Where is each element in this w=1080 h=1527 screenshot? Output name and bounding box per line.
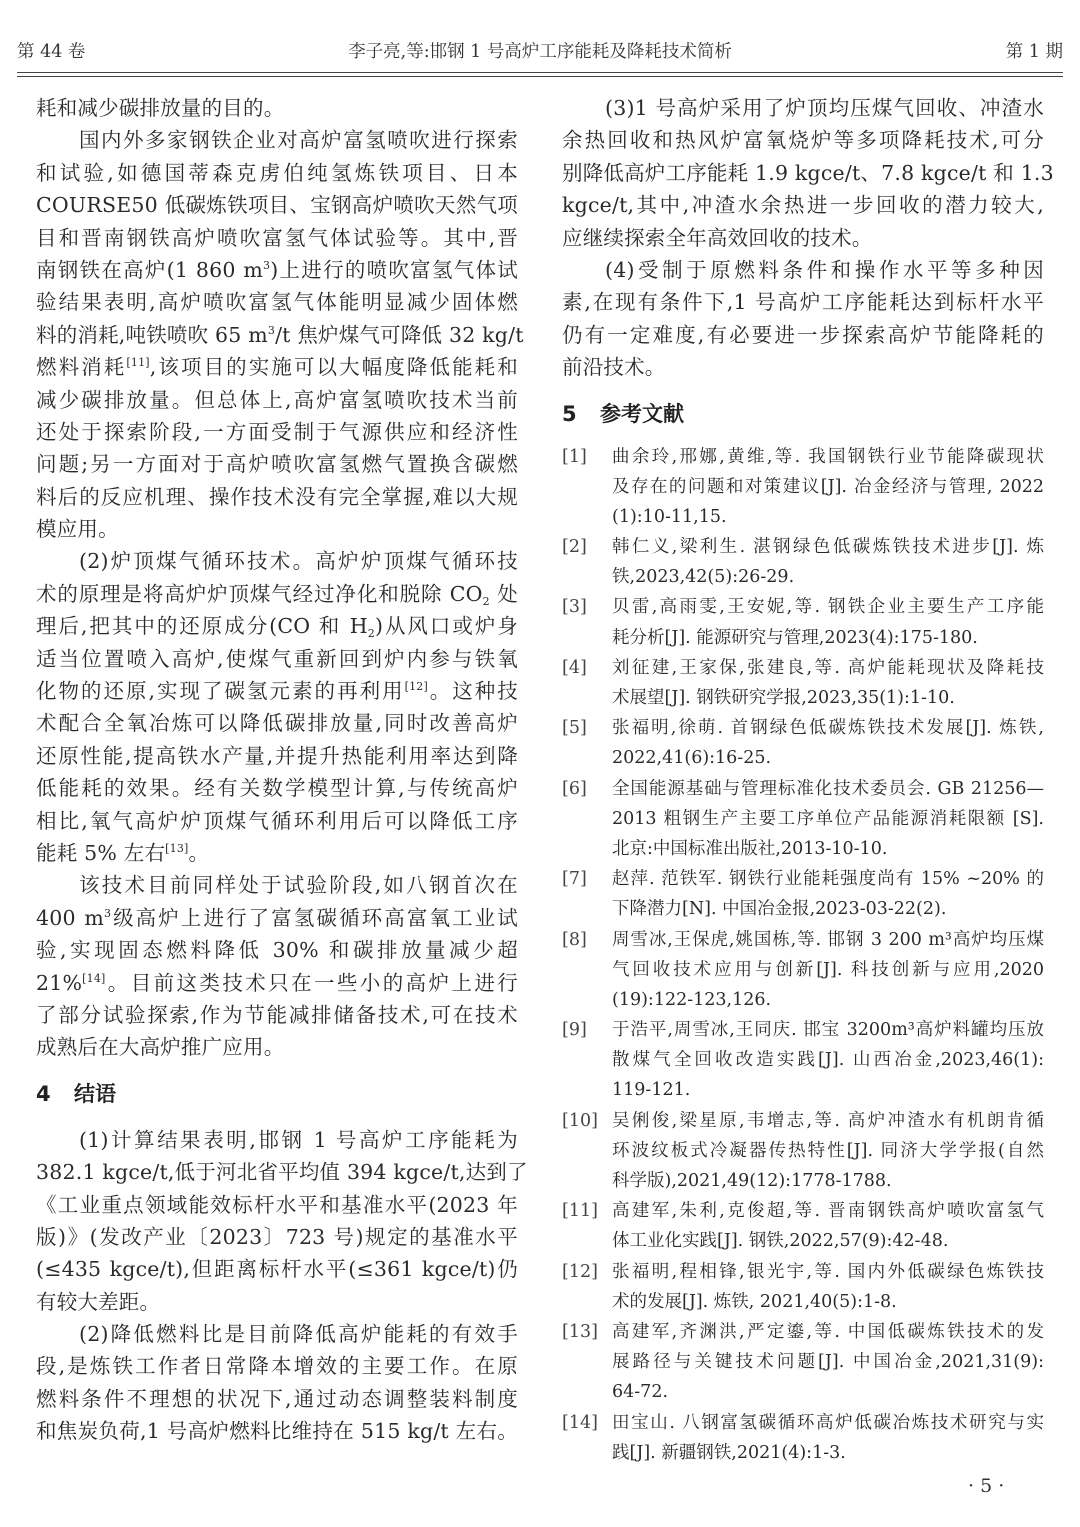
reference-number: [5] [562, 713, 587, 743]
running-header: 第 44 卷 李子亮,等:邯钢 1 号高炉工序能耗及降耗技术简析 第 1 期 [17, 38, 1063, 68]
paragraph-line: 版)》(发改产业〔2023〕723 号)规定的基准水平 [36, 1221, 518, 1253]
reference-line: 贝雷,高雨雯,王安妮,等. 钢铁企业主要生产工序能 [612, 592, 1044, 622]
paragraph-line: 料的消耗,吨铁喷吹 65 m3/t 焦炉煤气可降低 32 kg/t [36, 319, 518, 351]
paragraph-line: 还处于探索阶段,一方面受制于气源供应和经济性 [36, 416, 518, 448]
reference-number: [8] [562, 925, 587, 955]
paragraph-line: 燃料消耗[11],该项目的实施可以大幅度降低能耗和 [36, 351, 518, 383]
reference-item: [9] 于浩平,周雪冰,王同庆. 邯宝 3200m³高炉料罐均压放 散煤气全回收… [562, 1015, 1044, 1106]
paragraph-line: 适当位置喷入高炉,使煤气重新回到炉内参与铁氧 [36, 643, 518, 675]
paragraph-line: 能耗 5% 左右[13]。 [36, 837, 518, 869]
reference-item: [5] 张福明,徐萌. 首钢绿色低碳炼铁技术发展[J]. 炼铁, 2022,41… [562, 713, 1044, 773]
reference-number: [9] [562, 1015, 587, 1045]
paragraph-line: 382.1 kgce/t,低于河北省平均值 394 kgce/t,达到了 [36, 1156, 518, 1188]
reference-line: 耗分析[J]. 能源研究与管理,2023(4):175-180. [612, 623, 1044, 653]
reference-line: 119-121. [612, 1075, 1044, 1105]
reference-item: [4] 刘征建,王家保,张建良,等. 高炉能耗现状及降耗技 术展望[J]. 钢铁… [562, 653, 1044, 713]
reference-list: [1] 曲余玲,邢娜,黄维,等. 我国钢铁行业节能降碳现状 及存在的问题和对策建… [562, 442, 1044, 1468]
section-number: 4 [36, 1078, 74, 1110]
reference-number: [10] [562, 1106, 598, 1136]
reference-item: [6] 全国能源基础与管理标准化技术委员会. GB 21256— 2013 粗钢… [562, 774, 1044, 865]
paragraph-line: 有较大差距。 [36, 1286, 518, 1318]
paragraph-line: 和焦炭负荷,1 号高炉燃料比维持在 515 kg/t 左右。 [36, 1415, 518, 1447]
paragraph-line: (2)降低燃料比是目前降低高炉能耗的有效手 [36, 1318, 518, 1350]
reference-line: 周雪冰,王保虎,姚国栋,等. 邯钢 3 200 m³高炉均压煤 [612, 925, 1044, 955]
paragraph-line: 模应用。 [36, 513, 518, 545]
paragraph-line: 别降低高炉工序能耗 1.9 kgce/t、7.8 kgce/t 和 1.3 [562, 157, 1044, 189]
paragraph-line: 术的原理是将高炉炉顶煤气经过净化和脱除 CO2 处 [36, 578, 518, 610]
reference-line: 2013 粗钢生产主要工序单位产品能源消耗限额 [S]. [612, 804, 1044, 834]
paragraph-line: kgce/t,其中,冲渣水余热进一步回收的潜力较大, [562, 189, 1044, 221]
paragraph-line: 南钢铁在高炉(1 860 m3)上进行的喷吹富氢气体试 [36, 254, 518, 286]
section-heading-conclusion: 4结语 [36, 1078, 518, 1110]
reference-item: [7] 赵萍. 范铁军. 钢铁行业能耗强度尚有 15% ~20% 的 下降潜力[… [562, 864, 1044, 924]
citation-14[interactable]: [14] [82, 972, 105, 985]
reference-item: [10] 吴俐俊,梁星原,韦增志,等. 高炉冲渣水有机朗肯循 环波纹板式冷凝器传… [562, 1106, 1044, 1197]
reference-line: 吴俐俊,梁星原,韦增志,等. 高炉冲渣水有机朗肯循 [612, 1106, 1044, 1136]
reference-line: 体工业化实践[J]. 钢铁,2022,57(9):42-48. [612, 1226, 1044, 1256]
reference-line: 64-72. [612, 1377, 1044, 1407]
reference-line: 2022,41(6):16-25. [612, 743, 1044, 773]
reference-line: 田宝山. 八钢富氢碳循环高炉低碳冶炼技术研究与实 [612, 1408, 1044, 1438]
paragraph-line: 国内外多家钢铁企业对高炉富氢喷吹进行探索 [36, 124, 518, 156]
paragraph-line: 低能耗的效果。经有关数学模型计算,与传统高炉 [36, 772, 518, 804]
reference-number: [14] [562, 1408, 598, 1438]
paragraph-line: 了部分试验探索,作为节能减排储备技术,可在技术 [36, 999, 518, 1031]
reference-item: [3] 贝雷,高雨雯,王安妮,等. 钢铁企业主要生产工序能 耗分析[J]. 能源… [562, 592, 1044, 652]
reference-line: (19):122-123,126. [612, 985, 1044, 1015]
reference-line: 践[J]. 新疆钢铁,2021(4):1-3. [612, 1438, 1044, 1468]
paragraph-line: 余热回收和热风炉富氧烧炉等多项降耗技术,可分 [562, 124, 1044, 156]
paragraph-line: 理后,把其中的还原成分(CO 和 H2)从风口或炉身 [36, 610, 518, 642]
paragraph-conclusion-2: (2)降低燃料比是目前降低高炉能耗的有效手 段,是炼铁工作者日常降本增效的主要工… [36, 1318, 518, 1448]
paragraph-line: 耗和减少碳排放量的目的。 [36, 92, 518, 124]
page-number: · 5 · [968, 1475, 1004, 1497]
paragraph-line: 问题;另一方面对于高炉喷吹富氢燃气置换含碳燃 [36, 448, 518, 480]
paragraph-conclusion-1: (1)计算结果表明,邯钢 1 号高炉工序能耗为 382.1 kgce/t,低于河… [36, 1124, 518, 1318]
reference-item: [1] 曲余玲,邢娜,黄维,等. 我国钢铁行业节能降碳现状 及存在的问题和对策建… [562, 442, 1044, 533]
paragraph-line: 《工业重点领域能效标杆水平和基准水平(2023 年 [36, 1189, 518, 1221]
reference-number: [1] [562, 442, 587, 472]
reference-line: 全国能源基础与管理标准化技术委员会. GB 21256— [612, 774, 1044, 804]
paragraph-line: 还原性能,提高铁水产量,并提升热能利用率达到降 [36, 740, 518, 772]
paragraph-line: 仍有一定难度,有必要进一步探索高炉节能降耗的 [562, 319, 1044, 351]
paragraph-line: (3)1 号高炉采用了炉顶均压煤气回收、冲渣水 [562, 92, 1044, 124]
right-column: (3)1 号高炉采用了炉顶均压煤气回收、冲渣水 余热回收和热风炉富氧烧炉等多项降… [562, 92, 1044, 1468]
header-rule-top [17, 72, 1063, 73]
reference-number: [2] [562, 532, 587, 562]
paragraph-line: (≤435 kgce/t),但距离标杆水平(≤361 kgce/t)仍 [36, 1253, 518, 1285]
citation-12[interactable]: [12] [405, 680, 428, 693]
paragraph-line: 应继续探索全年高效回收的技术。 [562, 222, 1044, 254]
reference-item: [2] 韩仁义,梁利生. 湛钢绿色低碳炼铁技术进步[J]. 炼 铁,2023,4… [562, 532, 1044, 592]
section-heading-references: 5参考文献 [562, 398, 1044, 430]
reference-line: 气回收技术应用与创新[J]. 科技创新与应用,2020 [612, 955, 1044, 985]
citation-13[interactable]: [13] [165, 842, 188, 855]
reference-item: [11] 高建军,朱利,克俊超,等. 晋南钢铁高炉喷吹富氢气 体工业化实践[J]… [562, 1196, 1044, 1256]
paragraph-line: 验,实现固态燃料降低 30% 和碳排放量减少超 [36, 934, 518, 966]
paragraph-line: 段,是炼铁工作者日常降本增效的主要工作。在原 [36, 1350, 518, 1382]
reference-number: [4] [562, 653, 587, 683]
reference-number: [6] [562, 774, 587, 804]
paragraph-line: 400 m3级高炉上进行了富氢碳循环高富氧工业试 [36, 902, 518, 934]
paragraph-line: 验结果表明,高炉喷吹富氢气体能明显减少固体燃 [36, 286, 518, 318]
reference-line: 铁,2023,42(5):26-29. [612, 562, 1044, 592]
reference-line: 环波纹板式冷凝器传热特性[J]. 同济大学学报(自然 [612, 1136, 1044, 1166]
reference-line: 张福明,程相锋,银光宇,等. 国内外低碳绿色炼铁技 [612, 1257, 1044, 1287]
paragraph-line: 目和晋南钢铁高炉喷吹富氢气体试验等。其中,晋 [36, 222, 518, 254]
paragraph-line: (1)计算结果表明,邯钢 1 号高炉工序能耗为 [36, 1124, 518, 1156]
paragraph-hydrogen-injection: 国内外多家钢铁企业对高炉富氢喷吹进行探索 和试验,如德国蒂森克虏伯纯氢炼铁项目、… [36, 124, 518, 545]
reference-line: (1):10-11,15. [612, 502, 1044, 532]
paragraph-line: COURSE50 低碳炼铁项目、宝钢高炉喷吹天然气项 [36, 189, 518, 221]
reference-item: [14] 田宝山. 八钢富氢碳循环高炉低碳冶炼技术研究与实 践[J]. 新疆钢铁… [562, 1408, 1044, 1468]
paragraph-line: 术配合全氧冶炼可以降低碳排放量,同时改善高炉 [36, 707, 518, 739]
paragraph-line: 料后的反应机理、操作技术没有完全掌握,难以大规 [36, 481, 518, 513]
reference-line: 下降潜力[N]. 中国冶金报,2023-03-22(2). [612, 894, 1044, 924]
paragraph-line: 素,在现有条件下,1 号高炉工序能耗达到标杆水平 [562, 286, 1044, 318]
paragraph-line: 前沿技术。 [562, 351, 1044, 383]
reference-item: [13] 高建军,齐渊洪,严定鎏,等. 中国低碳炼铁技术的发 展路径与关键技术问… [562, 1317, 1044, 1408]
reference-line: 散煤气全回收改造实践[J]. 山西冶金,2023,46(1): [612, 1045, 1044, 1075]
reference-number: [7] [562, 864, 587, 894]
reference-line: 刘征建,王家保,张建良,等. 高炉能耗现状及降耗技 [612, 653, 1044, 683]
reference-number: [13] [562, 1317, 598, 1347]
reference-line: 张福明,徐萌. 首钢绿色低碳炼铁技术发展[J]. 炼铁, [612, 713, 1044, 743]
paragraph-line: 该技术目前同样处于试验阶段,如八钢首次在 [36, 869, 518, 901]
section-title: 参考文献 [600, 402, 684, 426]
paragraph-line: 成熟后在大高炉推广应用。 [36, 1031, 518, 1063]
reference-line: 曲余玲,邢娜,黄维,等. 我国钢铁行业节能降碳现状 [612, 442, 1044, 472]
reference-line: 高建军,朱利,克俊超,等. 晋南钢铁高炉喷吹富氢气 [612, 1196, 1044, 1226]
section-title: 结语 [74, 1082, 116, 1106]
reference-line: 于浩平,周雪冰,王同庆. 邯宝 3200m³高炉料罐均压放 [612, 1015, 1044, 1045]
paragraph-conclusion-4: (4)受制于原燃料条件和操作水平等多种因 素,在现有条件下,1 号高炉工序能耗达… [562, 254, 1044, 384]
reference-line: 赵萍. 范铁军. 钢铁行业能耗强度尚有 15% ~20% 的 [612, 864, 1044, 894]
paragraph-line: 相比,氧气高炉炉顶煤气循环利用后可以降低工序 [36, 805, 518, 837]
reference-line: 及存在的问题和对策建议[J]. 冶金经济与管理, 2022 [612, 472, 1044, 502]
paragraph-line: (4)受制于原燃料条件和操作水平等多种因 [562, 254, 1044, 286]
reference-number: [3] [562, 592, 587, 622]
section-number: 5 [562, 398, 600, 430]
reference-line: 科学版),2021,49(12):1778-1788. [612, 1166, 1044, 1196]
reference-line: 展路径与关键技术问题[J]. 中国冶金,2021,31(9): [612, 1347, 1044, 1377]
header-rule-bottom [17, 76, 1063, 77]
reference-line: 北京:中国标准出版社,2013-10-10. [612, 834, 1044, 864]
left-column: 耗和减少碳排放量的目的。 国内外多家钢铁企业对高炉富氢喷吹进行探索 和试验,如德… [36, 92, 518, 1448]
running-title: 李子亮,等:邯钢 1 号高炉工序能耗及降耗技术简析 [17, 38, 1063, 63]
paragraph-line: 减少碳排放量。但总体上,高炉富氢喷吹技术当前 [36, 384, 518, 416]
paragraph-line: 21%[14]。目前这类技术只在一些小的高炉上进行 [36, 967, 518, 999]
reference-number: [11] [562, 1196, 598, 1226]
paragraph-line: 和试验,如德国蒂森克虏伯纯氢炼铁项目、日本 [36, 157, 518, 189]
reference-line: 高建军,齐渊洪,严定鎏,等. 中国低碳炼铁技术的发 [612, 1317, 1044, 1347]
reference-number: [12] [562, 1257, 598, 1287]
paragraph-top-gas-recycling: (2)炉顶煤气循环技术。高炉炉顶煤气循环技 术的原理是将高炉炉顶煤气经过净化和脱… [36, 545, 518, 869]
paragraph-conclusion-3: (3)1 号高炉采用了炉顶均压煤气回收、冲渣水 余热回收和热风炉富氧烧炉等多项降… [562, 92, 1044, 254]
reference-line: 术展望[J]. 钢铁研究学报,2023,35(1):1-10. [612, 683, 1044, 713]
paragraph-line: 燃料条件不理想的状况下,通过动态调整装料制度 [36, 1383, 518, 1415]
paragraph-bayi-steel: 该技术目前同样处于试验阶段,如八钢首次在 400 m3级高炉上进行了富氢碳循环高… [36, 869, 518, 1063]
issue-label: 第 1 期 [1006, 38, 1063, 63]
paragraph-line: (2)炉顶煤气循环技术。高炉炉顶煤气循环技 [36, 545, 518, 577]
reference-item: [12] 张福明,程相锋,银光宇,等. 国内外低碳绿色炼铁技 术的发展[J]. … [562, 1257, 1044, 1317]
reference-line: 韩仁义,梁利生. 湛钢绿色低碳炼铁技术进步[J]. 炼 [612, 532, 1044, 562]
citation-11[interactable]: [11] [126, 356, 149, 369]
reference-item: [8] 周雪冰,王保虎,姚国栋,等. 邯钢 3 200 m³高炉均压煤 气回收技… [562, 925, 1044, 1016]
paragraph-line: 化物的还原,实现了碳氢元素的再利用[12]。这种技 [36, 675, 518, 707]
reference-line: 术的发展[J]. 炼铁, 2021,40(5):1-8. [612, 1287, 1044, 1317]
